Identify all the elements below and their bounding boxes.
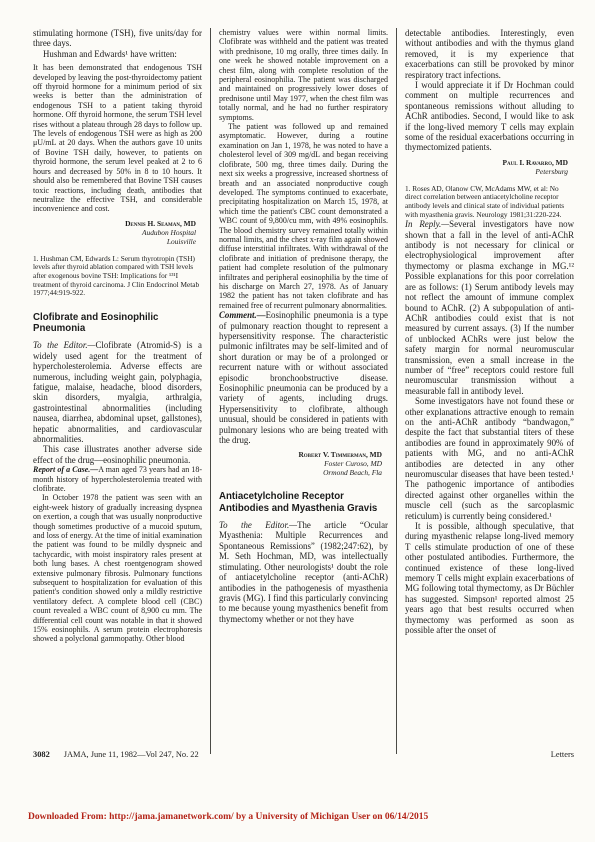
para-followup: The patient was followed up and remained…: [219, 122, 388, 310]
signature-line: Dennis H. Seaman, MD: [33, 219, 196, 228]
letter-heading-antiacetylcholine: Antiacetylcholine Receptor Antibodies an…: [219, 491, 388, 515]
run-in-head: Report of a Case.—: [33, 465, 98, 474]
para-hushman-intro: Hushman and Edwards¹ have written:: [33, 49, 202, 59]
signature-line: Ormond Beach, Fla: [219, 468, 382, 477]
run-in-head: To the Editor.—: [219, 520, 297, 530]
para-clofibrate-case-note: This case illustrates another adverse si…: [33, 444, 202, 465]
reference-myasthenia-letter: 1. Roses AD, Olanow CW, McAdams MW, et a…: [405, 185, 574, 219]
signature-block-clofibrate-letter: Robert V. Timmerman, MDFoster Curoso, MD…: [219, 450, 382, 477]
para-bandwagon: Some investigators have not found these …: [405, 396, 574, 521]
para-october-1978: In October 1978 the patient was seen wit…: [33, 493, 202, 644]
para-memory-t-cells: It is possible, although speculative, th…: [405, 521, 574, 635]
section-label: Letters: [551, 750, 574, 760]
signature-line: Foster Curoso, MD: [219, 459, 382, 468]
para-chemistry-values: chemistry values were within normal limi…: [219, 28, 388, 122]
signature-line: Audubon Hospital: [33, 228, 196, 237]
signature-line: Petersburg: [405, 167, 568, 176]
para-clofibrate-intro: To the Editor.—Clofibrate (Atromid-S) is…: [33, 340, 202, 444]
journal-citation: JAMA, June 11, 1982—Vol 247, No. 22: [64, 750, 199, 760]
signature-line: Louisville: [33, 237, 196, 246]
para-in-reply: In Reply.—Several investigators have now…: [405, 219, 574, 396]
download-watermark: Downloaded From: http://jama.jamanetwork…: [28, 812, 428, 822]
column-middle: chemistry values were within normal limi…: [210, 28, 396, 754]
journal-page: stimulating hormone (TSH), five units/da…: [0, 0, 595, 842]
para-comment: Comment.—Eosinophilic pneumonia is a typ…: [219, 310, 388, 445]
column-left: stimulating hormone (TSH), five units/da…: [33, 28, 210, 754]
run-in-head: In Reply.—: [405, 219, 449, 229]
signature-line: Robert V. Timmerman, MD: [219, 450, 382, 459]
page-footer: 3082 JAMA, June 11, 1982—Vol 247, No. 22…: [33, 750, 574, 760]
para-report-of-case: Report of a Case.—A man aged 73 years ha…: [33, 465, 202, 493]
page-number: 3082: [33, 750, 50, 760]
reference-tsh-letter: 1. Hushman CM, Edwards L: Serum thyrotro…: [33, 255, 202, 298]
para-tsh-continuation: stimulating hormone (TSH), five units/da…: [33, 28, 202, 49]
letters-columns: stimulating hormone (TSH), five units/da…: [33, 28, 574, 754]
para-appreciate-comment: I would appreciate it if Dr Hochman coul…: [405, 80, 574, 153]
signature-block-myasthenia-letter: Paul I. Ravarro, MDPetersburg: [405, 158, 568, 176]
para-detectable-antibodies: detectable antibodies. Interestingly, ev…: [405, 28, 574, 80]
para-myasthenia-intro: To the Editor.—The article “Ocular Myast…: [219, 520, 388, 624]
run-in-head: Comment.—: [219, 310, 266, 320]
signature-block-tsh-letter: Dennis H. Seaman, MDAudubon HospitalLoui…: [33, 219, 196, 246]
column-right: detectable antibodies. Interestingly, ev…: [396, 28, 574, 754]
signature-line: Paul I. Ravarro, MD: [405, 158, 568, 167]
extract-tsh-quote: It has been demonstrated that endogenous…: [33, 63, 202, 214]
run-in-head: To the Editor.—: [33, 340, 95, 350]
letter-heading-clofibrate: Clofibrate and Eosinophilic Pneumonia: [33, 312, 202, 336]
